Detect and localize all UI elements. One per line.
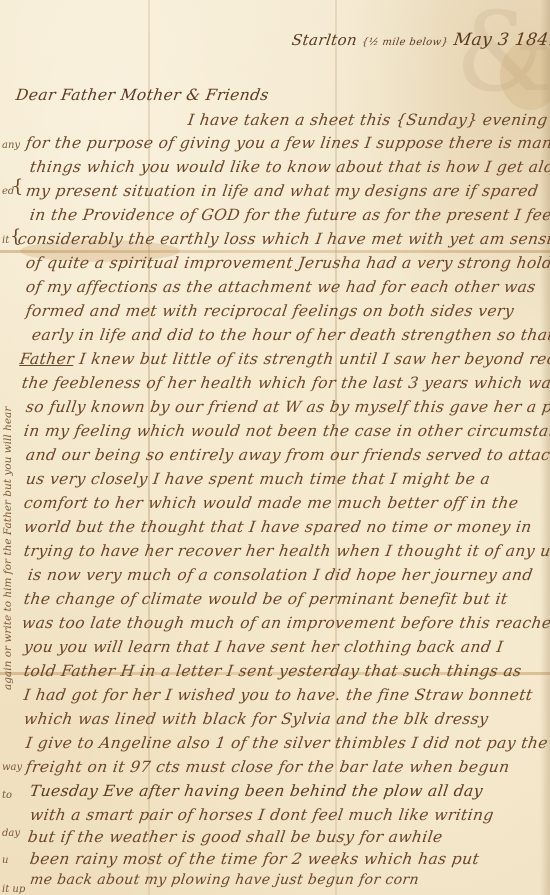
body-line: which was lined with black for Sylvia an… [23,710,490,728]
body-line: considerably the earthly loss which I ha… [17,230,550,248]
heading-place: Starlton [291,31,359,49]
body-line: so fully known by our friend at W as by … [25,398,550,416]
body-line: been rainy most of the time for 2 weeks … [29,850,481,868]
letter-heading: Starlton {½ mile below} May 3 1841 [291,30,550,50]
body-line: told Father H in a letter I sent yesterd… [23,662,523,680]
body-line: I have taken a sheet this {Sunday} eveni… [187,111,549,129]
embossed-seal: & [455,0,545,105]
body-line: in the Providence of GOD for the future … [29,206,550,224]
heading-date: May 3 1841 [452,30,550,50]
body-line: in my feeling which would not been the c… [23,422,550,440]
body-line: the feebleness of her health which for t… [21,374,550,392]
body-line: trying to have her recover her health wh… [23,542,550,560]
margin-note: it [2,235,9,246]
body-line: I had got for her I wished you to have. … [23,686,534,704]
body-line: but if the weather is good shall be busy… [27,828,444,846]
body-line: formed and met with reciprocal feelings … [25,302,515,320]
body-line: comfort to her which would made me much … [23,494,520,512]
body-line: world but the thought that I have spared… [23,518,533,536]
body-line: with a smart pair of horses I dont feel … [29,806,495,824]
margin-note: to [2,790,12,801]
body-line: is now very much of a consolation I did … [27,566,534,584]
body-line: freight on it 97 cts must close for the … [25,758,511,776]
body-line-with-strike: Father I knew but little of its strength… [19,350,550,368]
body-line: my present situation in life and what my… [25,182,540,200]
margin-note: u [2,855,8,866]
body-line: the change of climate would be of permin… [23,590,509,608]
salutation: Dear Father Mother & Friends [15,86,270,104]
heading-place-note: {½ mile below} [361,37,449,48]
body-line: I give to Angeline also 1 of the silver … [25,734,549,752]
margin-note: any [2,140,20,151]
body-line: you you will learn that I have sent her … [23,638,505,656]
body-line: me back about my plowing have just begun… [29,872,420,888]
letter-page: & Starlton {½ mile below} May 3 1841 Dea… [0,0,550,895]
margin-note: way [2,762,22,773]
margin-note: day [2,828,20,839]
body-line: of my affections as the attachment we ha… [25,278,537,296]
body-line: of quite a spiritual improvement Jerusha… [25,254,550,272]
body-line-postscript-start: Tuesday Eve after having been behind the… [29,782,484,800]
body-line: us very closely I have spent much time t… [25,470,492,488]
margin-note: it up [2,884,25,895]
vertical-margin-note: again or write to him for the Father but… [2,407,14,690]
body-line-text: I knew but little of its strength until … [78,350,550,368]
margin-note: ed [2,186,14,197]
brace-mark: { [10,226,21,247]
struck-word: Father [19,350,76,368]
body-line: was too late though much of an improveme… [21,614,550,632]
body-line: for the purpose of giving you a few line… [25,134,550,152]
body-line: and our being so entirely away from our … [25,446,550,464]
body-line: early in life and did to the hour of her… [31,326,550,344]
body-line: things which you would like to know abou… [29,158,550,176]
